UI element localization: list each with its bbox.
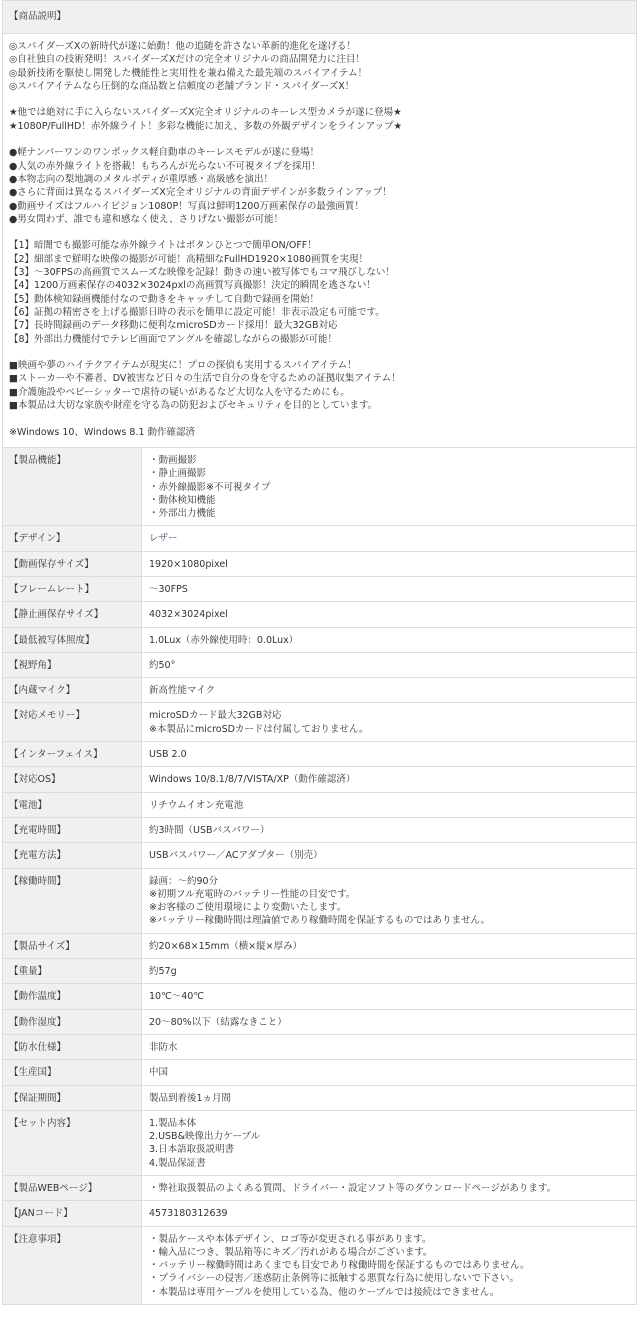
spec-row-operating-humidity: 【動作湿度】 20～80%以下（結露なきこと） — [3, 1009, 637, 1034]
feature-line: 【1】暗闇でも撮影可能な赤外線ライトはボタンひとつで簡単ON/OFF！ — [9, 239, 630, 252]
spec-value-line: 1920×1080pixel — [149, 558, 630, 571]
spec-row-view-angle: 【視野角】 約50° — [3, 652, 637, 677]
spec-row-charge-method: 【充電方法】 USBバスパワー／ACアダプター（別売） — [3, 843, 637, 868]
spacer — [9, 226, 630, 239]
star-line: ★1080P/FullHD！赤外線ライト！多彩な機能に加え、多数の外観デザインを… — [9, 120, 630, 133]
spec-row-operating-temp: 【動作温度】 10℃～40℃ — [3, 984, 637, 1009]
spec-row-interface: 【インターフェイス】 USB 2.0 — [3, 742, 637, 767]
spec-value: 録画：～約90分 ※初期フル充電時のバッテリー性能の目安です。 ※お客様のご使用… — [142, 868, 637, 933]
description-header-row: 【商品説明】 — [3, 1, 637, 34]
spec-row-jan-code: 【JANコード】 4573180312639 — [3, 1201, 637, 1226]
spec-row-features: 【製品機能】 ・動画撮影 ・静止画撮影 ・赤外線撮影※不可視タイプ ・動体検知機… — [3, 447, 637, 525]
spec-value-line: ・輸入品につき、製品箱等にキズ／汚れがある場合がございます。 — [149, 1246, 630, 1259]
spec-row-charge-time: 【充電時間】 約3時間（USBバスパワー） — [3, 817, 637, 842]
spec-label: 【視野角】 — [3, 652, 142, 677]
feature-line: 【7】長時間録画のデータ移動に便利なmicroSDカード採用！最大32GB対応 — [9, 319, 630, 332]
spec-value: ・製品ケースや本体デザイン、ロゴ等が変更される事があります。 ・輸入品につき、製… — [142, 1226, 637, 1304]
spec-row-web-page: 【製品WEBページ】 ・弊社取扱製品のよくある質問、ドライバー・設定ソフト等のダ… — [3, 1176, 637, 1201]
bullet-line: ●人気の赤外線ライトを搭載！もちろんが光らない不可視タイプを採用！ — [9, 160, 630, 173]
spec-value-line: USB 2.0 — [149, 748, 630, 761]
feature-line: 【2】細部まで鮮明な映像の撮影が可能！高精細なFullHD1920×1080画質… — [9, 253, 630, 266]
spec-row-design: 【デザイン】 レザー — [3, 526, 637, 551]
square-line: ■介護施設やベビーシッターで虐待の疑いがあるなど大切な人を守るためにも。 — [9, 386, 630, 399]
spec-value-line: ※初期フル充電時のバッテリー性能の目安です。 — [149, 888, 630, 901]
spec-row-min-illumination: 【最低被写体照度】 1.0Lux（赤外線使用時：0.0Lux） — [3, 627, 637, 652]
spec-label: 【対応OS】 — [3, 767, 142, 792]
spec-row-frame-rate: 【フレームレート】 ～30FPS — [3, 576, 637, 601]
spec-row-country: 【生産国】 中国 — [3, 1060, 637, 1085]
spec-value-line: 2.USB&映像出力ケーブル — [149, 1130, 630, 1143]
spec-value: レザー — [142, 526, 637, 551]
spec-row-battery: 【電池】 リチウムイオン充電池 — [3, 792, 637, 817]
spec-value-line: 4573180312639 — [149, 1207, 630, 1220]
spec-label: 【製品機能】 — [3, 447, 142, 525]
spec-value: USBバスパワー／ACアダプター（別売） — [142, 843, 637, 868]
intro-line: ◎最新技術を駆使し開発した機能性と実用性を兼ね備えた最先端のスパイアイテム！ — [9, 67, 630, 80]
spec-row-memory: 【対応メモリー】 microSDカード最大32GB対応 ※本製品にmicroSD… — [3, 703, 637, 742]
spec-label: 【静止画保存サイズ】 — [3, 602, 142, 627]
spec-value: 約57g — [142, 959, 637, 984]
spec-row-product-size: 【製品サイズ】 約20×68×15mm（横×縦×厚み） — [3, 933, 637, 958]
spec-value-line: 10℃～40℃ — [149, 990, 630, 1003]
spec-value-line: 約50° — [149, 659, 630, 672]
spec-label: 【デザイン】 — [3, 526, 142, 551]
spec-label: 【電池】 — [3, 792, 142, 817]
os-compat-note: ※Windows 10、Windows 8.1 動作確認済 — [9, 426, 630, 439]
spec-row-contents: 【セット内容】 1.製品本体 2.USB&映像出力ケーブル 3.日本語取扱説明書… — [3, 1110, 637, 1175]
spec-value: 4573180312639 — [142, 1201, 637, 1226]
spec-value-line: 1.製品本体 — [149, 1117, 630, 1130]
spec-value: 1.0Lux（赤外線使用時：0.0Lux） — [142, 627, 637, 652]
spec-value-line: ※バッテリー稼働時間は理論値であり稼働時間を保証するものではありません。 — [149, 914, 630, 927]
feature-line: 【4】1200万画素保存の4032×3024pxlの高画質写真撮影！決定的瞬間を… — [9, 279, 630, 292]
product-description-container: 【商品説明】 ◎スパイダーズXの新時代が遂に始動！他の追随を許さない革新的進化を… — [2, 0, 636, 1305]
spacer — [9, 412, 630, 425]
bullet-line: ●動画サイズはフルハイビジョン1080P！写真は鮮明1200万画素保存の最強画質… — [9, 200, 630, 213]
spec-label: 【フレームレート】 — [3, 576, 142, 601]
spec-value-line: 3.日本語取扱説明書 — [149, 1143, 630, 1156]
intro-line: ◎自社独自の技術発明！スパイダーズXだけの完全オリジナルの商品開発力に注目！ — [9, 53, 630, 66]
spec-value: ～30FPS — [142, 576, 637, 601]
spec-row-weight: 【重量】 約57g — [3, 959, 637, 984]
square-line: ■映画や夢のハイテクアイテムが現実に！プロの探偵も実用するスパイアイテム！ — [9, 359, 630, 372]
spec-value-line: ※お客様のご使用環境により変動いたします。 — [149, 901, 630, 914]
spec-row-waterproof: 【防水仕様】 非防水 — [3, 1034, 637, 1059]
spec-label: 【インターフェイス】 — [3, 742, 142, 767]
spec-value-line: ・動体検知機能 — [149, 494, 630, 507]
description-body-row: ◎スパイダーズXの新時代が遂に始動！他の追随を許さない革新的進化を遂げる！ ◎自… — [3, 34, 637, 448]
spec-label: 【製品サイズ】 — [3, 933, 142, 958]
spec-row-still-size: 【静止画保存サイズ】 4032×3024pixel — [3, 602, 637, 627]
spec-value-line: 非防水 — [149, 1041, 630, 1054]
intro-line: ◎スパイアイテムなら圧倒的な商品数と信頼度の老舗ブランド・スパイダーズX！ — [9, 80, 630, 93]
spec-value-line: 4032×3024pixel — [149, 608, 630, 621]
spec-label: 【JANコード】 — [3, 1201, 142, 1226]
spec-value: 4032×3024pixel — [142, 602, 637, 627]
spec-label: 【内蔵マイク】 — [3, 678, 142, 703]
square-line: ■ストーカーや不審者、DV被害など日々の生活で自分の身を守るための証拠収集アイテ… — [9, 372, 630, 385]
spec-value-line: 1.0Lux（赤外線使用時：0.0Lux） — [149, 634, 630, 647]
spec-value: 非防水 — [142, 1034, 637, 1059]
spec-value: 約3時間（USBバスパワー） — [142, 817, 637, 842]
spacer — [9, 133, 630, 146]
spec-label: 【動画保存サイズ】 — [3, 551, 142, 576]
spec-value-line: 製品到着後1ヵ月間 — [149, 1092, 630, 1105]
spec-value-line: 約3時間（USBバスパワー） — [149, 824, 630, 837]
spec-row-warranty: 【保証期間】 製品到着後1ヵ月間 — [3, 1085, 637, 1110]
spec-value-line: ・赤外線撮影※不可視タイプ — [149, 481, 630, 494]
spec-value-line: ～30FPS — [149, 583, 630, 596]
spec-value-line: ※本製品にmicroSDカードは付属しておりません。 — [149, 723, 630, 736]
spec-value-line: ・弊社取扱製品のよくある質問、ドライバー・設定ソフト等のダウンロードページがあり… — [149, 1182, 630, 1195]
spec-value: リチウムイオン充電池 — [142, 792, 637, 817]
square-line: ■本製品は大切な家族や財産を守る為の防犯およびセキュリティを目的としています。 — [9, 399, 630, 412]
spec-value-line: ・バッテリー稼働時間はあくまでも目安であり稼働時間を保証するものではありません。 — [149, 1259, 630, 1272]
spec-label: 【動作湿度】 — [3, 1009, 142, 1034]
spec-value-line: ・本製品は専用ケーブルを使用している為、他のケーブルでは接続はできません。 — [149, 1286, 630, 1299]
spec-label: 【充電方法】 — [3, 843, 142, 868]
spec-value-line: 新高性能マイク — [149, 684, 630, 697]
spec-value-line: USBバスパワー／ACアダプター（別売） — [149, 849, 630, 862]
feature-line: 【3】～30FPSの高画質でスムーズな映像を記録！動きの速い被写体でもコマ飛びし… — [9, 266, 630, 279]
spec-value: microSDカード最大32GB対応 ※本製品にmicroSDカードは付属してお… — [142, 703, 637, 742]
spec-label: 【重量】 — [3, 959, 142, 984]
bullet-line: ●さらに背面は異なるスパイダーズX完全オリジナルの背面デザインが多数ラインアップ… — [9, 186, 630, 199]
spec-value: 1.製品本体 2.USB&映像出力ケーブル 3.日本語取扱説明書 4.製品保証書 — [142, 1110, 637, 1175]
feature-line: 【6】証拠の精密さを上げる撮影日時の表示を簡単に設定可能！非表示設定も可能です。 — [9, 306, 630, 319]
spacer — [9, 346, 630, 359]
spec-row-notes: 【注意事項】 ・製品ケースや本体デザイン、ロゴ等が変更される事があります。 ・輸… — [3, 1226, 637, 1304]
spec-label: 【セット内容】 — [3, 1110, 142, 1175]
spec-label: 【防水仕様】 — [3, 1034, 142, 1059]
spec-value: USB 2.0 — [142, 742, 637, 767]
star-line: ★他では絶対に手に入らないスパイダーズX完全オリジナルのキーレス型カメラが遂に登… — [9, 106, 630, 119]
spec-value-line: ・プライバシーの侵害／迷惑防止条例等に抵触する悪質な行為に使用しないで下さい。 — [149, 1272, 630, 1285]
bullet-line: ●男女問わず、誰でも違和感なく使え、さりげない撮影が可能！ — [9, 213, 630, 226]
spec-value-line: 録画：～約90分 — [149, 875, 630, 888]
spec-label: 【動作温度】 — [3, 984, 142, 1009]
spec-label: 【保証期間】 — [3, 1085, 142, 1110]
spec-label: 【充電時間】 — [3, 817, 142, 842]
spec-label: 【対応メモリー】 — [3, 703, 142, 742]
spec-value-line: 約57g — [149, 965, 630, 978]
spacer — [9, 93, 630, 106]
section-title: 【商品説明】 — [3, 1, 637, 34]
spec-value-line: ・外部出力機能 — [149, 507, 630, 520]
spec-value: 1920×1080pixel — [142, 551, 637, 576]
spec-row-video-size: 【動画保存サイズ】 1920×1080pixel — [3, 551, 637, 576]
spec-row-operating-time: 【稼働時間】 録画：～約90分 ※初期フル充電時のバッテリー性能の目安です。 ※… — [3, 868, 637, 933]
spec-value: 約50° — [142, 652, 637, 677]
spec-value: 中国 — [142, 1060, 637, 1085]
spec-value-line: 中国 — [149, 1066, 630, 1079]
spec-value-line: Windows 10/8.1/8/7/VISTA/XP（動作確認済） — [149, 773, 630, 786]
intro-line: ◎スパイダーズXの新時代が遂に始動！他の追随を許さない革新的進化を遂げる！ — [9, 40, 630, 53]
spec-value: 20～80%以下（結露なきこと） — [142, 1009, 637, 1034]
spec-value-line: リチウムイオン充電池 — [149, 799, 630, 812]
bullet-line: ●本物志向の梨地調のメタルボディが重厚感・高級感を演出！ — [9, 173, 630, 186]
spec-value: 約20×68×15mm（横×縦×厚み） — [142, 933, 637, 958]
spec-value-line: 約20×68×15mm（横×縦×厚み） — [149, 940, 630, 953]
feature-line: 【5】動体検知録画機能付なので動きをキャッチして自動で録画を開始！ — [9, 293, 630, 306]
spec-value-line: microSDカード最大32GB対応 — [149, 709, 630, 722]
feature-line: 【8】外部出力機能付でテレビ画面でアングルを確認しながらの撮影が可能！ — [9, 333, 630, 346]
spec-label: 【製品WEBページ】 — [3, 1176, 142, 1201]
spec-value: 製品到着後1ヵ月間 — [142, 1085, 637, 1110]
spec-row-os: 【対応OS】 Windows 10/8.1/8/7/VISTA/XP（動作確認済… — [3, 767, 637, 792]
spec-value-line: レザー — [149, 532, 630, 545]
spec-label: 【注意事項】 — [3, 1226, 142, 1304]
spec-value-line: ・静止画撮影 — [149, 467, 630, 480]
spec-value: ・動画撮影 ・静止画撮影 ・赤外線撮影※不可視タイプ ・動体検知機能 ・外部出力… — [142, 447, 637, 525]
spec-label: 【生産国】 — [3, 1060, 142, 1085]
bullet-line: ●軽ナンバーワンのワンボックス軽自動車のキーレスモデルが遂に登場！ — [9, 146, 630, 159]
spec-value-line: 20～80%以下（結露なきこと） — [149, 1016, 630, 1029]
spec-label: 【最低被写体照度】 — [3, 627, 142, 652]
description-body: ◎スパイダーズXの新時代が遂に始動！他の追随を許さない革新的進化を遂げる！ ◎自… — [3, 34, 637, 448]
spec-row-microphone: 【内蔵マイク】 新高性能マイク — [3, 678, 637, 703]
product-spec-table: 【商品説明】 ◎スパイダーズXの新時代が遂に始動！他の追随を許さない革新的進化を… — [2, 0, 637, 1305]
spec-value: Windows 10/8.1/8/7/VISTA/XP（動作確認済） — [142, 767, 637, 792]
spec-value: 新高性能マイク — [142, 678, 637, 703]
spec-label: 【稼働時間】 — [3, 868, 142, 933]
spec-value-line: 4.製品保証書 — [149, 1157, 630, 1170]
spec-value-line: ・製品ケースや本体デザイン、ロゴ等が変更される事があります。 — [149, 1233, 630, 1246]
spec-value: 10℃～40℃ — [142, 984, 637, 1009]
spec-value-line: ・動画撮影 — [149, 454, 630, 467]
spec-value: ・弊社取扱製品のよくある質問、ドライバー・設定ソフト等のダウンロードページがあり… — [142, 1176, 637, 1201]
